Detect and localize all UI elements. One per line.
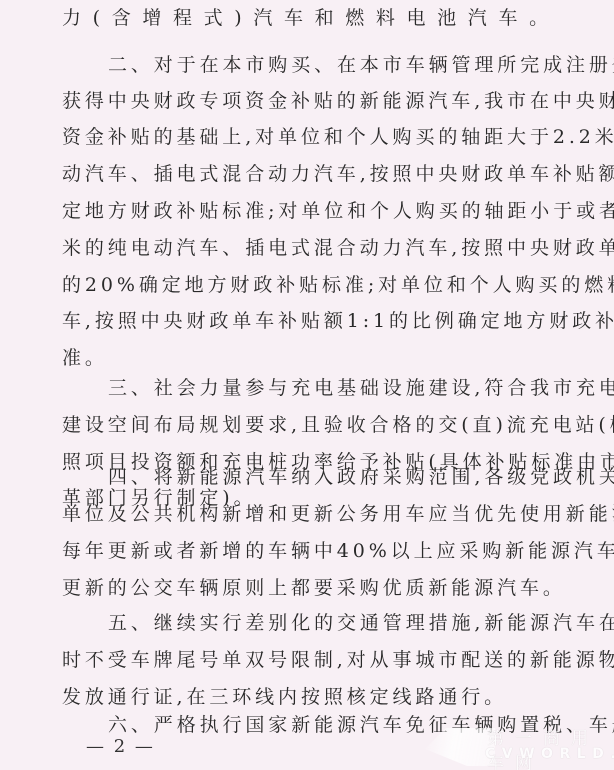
text-line: 动汽车、插电式混合动力汽车,按照中央财政单车补贴额的50%确	[62, 159, 552, 189]
text-line: 力(含增程式)汽车和燃料电池汽车。	[62, 3, 552, 33]
text-line: 更新的公交车辆原则上都要采购优质新能源汽车。	[62, 573, 552, 603]
paragraph-4-start: 四、将新能源汽车纳入政府采购范围,各级党政机关、企事业	[108, 462, 552, 492]
text-line: 米的纯电动汽车、插电式混合动力汽车,按照中央财政单车补贴额	[62, 233, 552, 263]
document-page: 力(含增程式)汽车和燃料电池汽车。 二、对于在本市购买、在本市车辆管理所完成注册…	[0, 0, 614, 770]
text-line: 建设空间布局规划要求,且验收合格的交(直)流充电站(桩),按	[62, 410, 552, 440]
text-line: 的20%确定地方财政补贴标准;对单位和个人购买的燃料电池汽	[62, 270, 552, 300]
text-line: 准。	[62, 343, 552, 373]
watermark-en: CVWORLD.CN	[485, 746, 614, 762]
text-line: 时不受车牌尾号单双号限制,对从事城市配送的新能源物流车辆	[62, 645, 552, 675]
page-number: — 2 —	[86, 735, 155, 759]
text-line: 发放通行证,在三环线内按照核定线路通行。	[62, 682, 552, 712]
text-line: 定地方财政补贴标准;对单位和个人购买的轴距小于或者等于2.2	[62, 196, 552, 226]
paragraph-2-start: 二、对于在本市购买、在本市车辆管理所完成注册登记,且已	[108, 50, 552, 80]
text-line: 获得中央财政专项资金补贴的新能源汽车,我市在中央财政专项	[62, 86, 552, 116]
text-line: 车,按照中央财政单车补贴额1:1的比例确定地方财政补贴标	[62, 306, 552, 336]
paragraph-3-start: 三、社会力量参与充电基础设施建设,符合我市充电基础设施	[108, 373, 552, 403]
text-line: 资金补贴的基础上,对单位和个人购买的轴距大于2.2米的纯电	[62, 122, 552, 152]
watermark: 第一商用车网 CVWORLD.CN	[425, 724, 614, 770]
paragraph-5-start: 五、继续实行差别化的交通管理措施,新能源汽车在市内行驶	[108, 608, 552, 638]
text-line: 每年更新或者新增的车辆中40%以上应采购新能源汽车。新增及	[62, 536, 552, 566]
text-line: 单位及公共机构新增和更新公务用车应当优先使用新能源汽车,	[62, 499, 552, 529]
